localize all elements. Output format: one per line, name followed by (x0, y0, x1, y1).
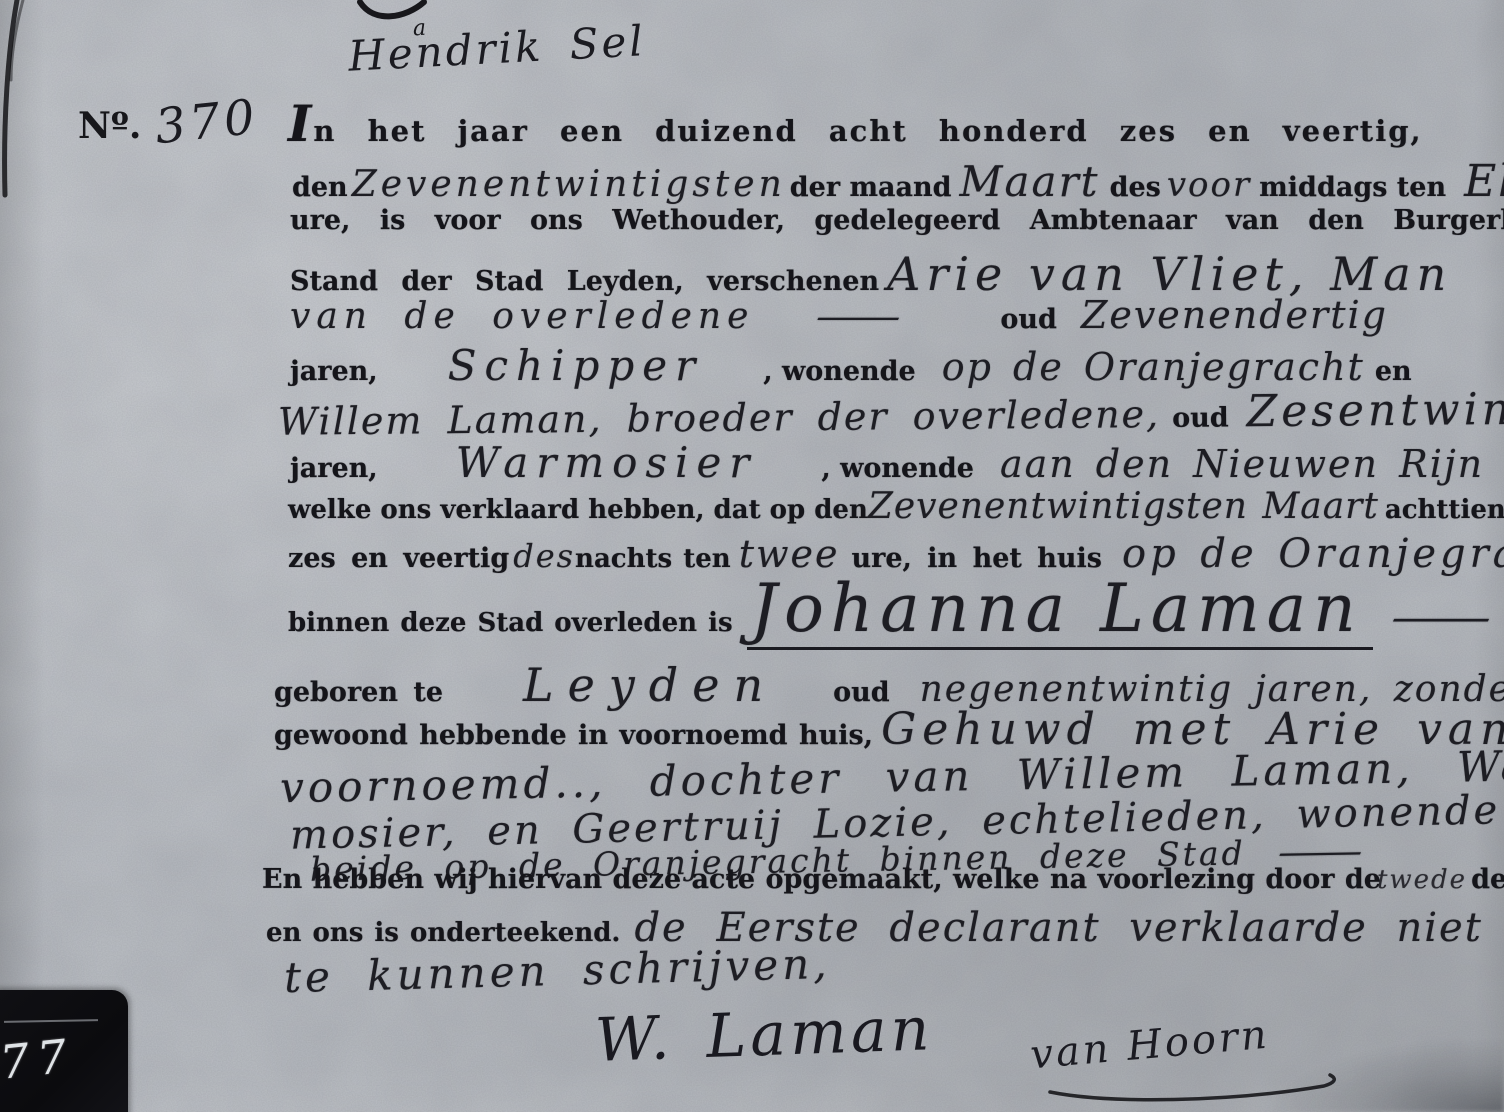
margin-annotation: a Hendrik Sel (347, 16, 647, 81)
annotation-superscript: a (412, 16, 426, 42)
bottom-right-smudge (1274, 1040, 1504, 1112)
printed-text: den (292, 172, 348, 203)
printed-text: declarant (1471, 864, 1504, 895)
occupation-residence-line-2: jaren, Warmosier , wonende aan den Nieuw… (290, 438, 1484, 487)
page-number-label: 77 (0, 1028, 77, 1089)
handwritten-relation: van de overledene (290, 296, 754, 337)
closing-line-2: en ons is onderteekend. de Eerste declar… (266, 905, 1483, 951)
death-certificate-scan: a Hendrik Sel Nº. 370 I n het jaar een d… (0, 0, 1504, 1112)
corner-tab: 77 (0, 990, 128, 1112)
printed-text: ure, is voor ons Wethouder, gedelegeerd … (290, 205, 1504, 236)
handwritten-declarant-2-name: Willem Laman, broeder der overledene, (278, 392, 1160, 444)
handwritten-hour: Elf (1464, 156, 1504, 207)
filler-dash: — (1389, 595, 1498, 641)
printed-text: des (1110, 172, 1161, 203)
handwritten-day: Zevenentwintigsten (352, 164, 786, 205)
declarant-2-line: Willem Laman, broeder der overledene, ou… (278, 383, 1504, 445)
handwritten-which-declarant: twede (1377, 865, 1467, 895)
date-time-line: den Zevenentwintigsten der maand Maart d… (292, 156, 1504, 207)
act-number-label: Nº. (78, 105, 141, 147)
printed-text: oud (1000, 304, 1057, 335)
handwritten-deceased-name: Johanna Laman (747, 570, 1373, 650)
occupation-residence-line-1: jaren, Schipper , wonende op de Oranjegr… (290, 341, 1412, 390)
printed-text: en ons is onderteekend. (266, 918, 620, 948)
handwritten-death-date: Zevenentwintigsten Maart (868, 486, 1379, 527)
printed-text: En hebben wij hiervan deze acte opgemaak… (262, 864, 1381, 895)
handwritten-month: Maart (960, 157, 1100, 206)
filler-dash: — (814, 297, 908, 337)
printed-text: , wonende (821, 453, 974, 484)
closing-line-1: En hebben wij hiervan deze acte opgemaak… (262, 864, 1504, 895)
official-line: ure, is voor ons Wethouder, gedelegeerd … (290, 205, 1504, 236)
act-number: Nº. 370 (78, 94, 259, 150)
printed-text: gewoond hebbende in voornoemd huis, (274, 720, 873, 751)
signature-declarant: W. Laman (594, 994, 934, 1076)
declaration-date-line: welke ons verklaard hebben, dat op den Z… (288, 486, 1504, 527)
printed-text: n het jaar een duizend acht honderd zes … (313, 114, 1422, 148)
handwritten-age-1: Zevenendertig (1081, 293, 1388, 337)
deceased-name-line: binnen deze Stad overleden is Johanna La… (288, 570, 1431, 650)
annotation-name: Hendrik Sel (347, 16, 647, 81)
printed-text: jaren, (290, 453, 378, 484)
handwritten-occupation-2: Warmosier (456, 438, 758, 487)
handwritten-residence-1: op de Oranjegracht (942, 345, 1365, 389)
drop-cap-initial: I (288, 94, 311, 153)
act-number-value: 370 (153, 89, 262, 156)
binding-edge-mark (0, 0, 26, 200)
printed-text: welke ons verklaard hebben, dat op den (288, 495, 868, 525)
printed-text: en (1375, 356, 1412, 387)
printed-text: jaren, (290, 356, 378, 387)
tab-line (4, 1019, 98, 1023)
handwritten-daypart: voor (1167, 165, 1251, 205)
printed-text: , wonende (763, 356, 916, 387)
year-line: I n het jaar een duizend acht honderd ze… (288, 94, 1423, 153)
printed-text: achttienhonderd (1385, 495, 1504, 525)
printed-text: oud (1172, 402, 1229, 433)
relation-age-line: van de overledene — oud Zevenendertig (290, 293, 1388, 337)
handwritten-residence-2: aan den Nieuwen Rijn (1000, 442, 1484, 486)
handwritten-occupation-1: Schipper (448, 341, 703, 390)
handwritten-age-2: Zesentwintig (1246, 383, 1504, 437)
printed-text: der maand (790, 172, 952, 203)
printed-text: binnen deze Stad overleden is (288, 608, 733, 638)
signature-official: van Hoorn (1028, 1012, 1271, 1079)
printed-text: middags ten (1259, 172, 1446, 203)
